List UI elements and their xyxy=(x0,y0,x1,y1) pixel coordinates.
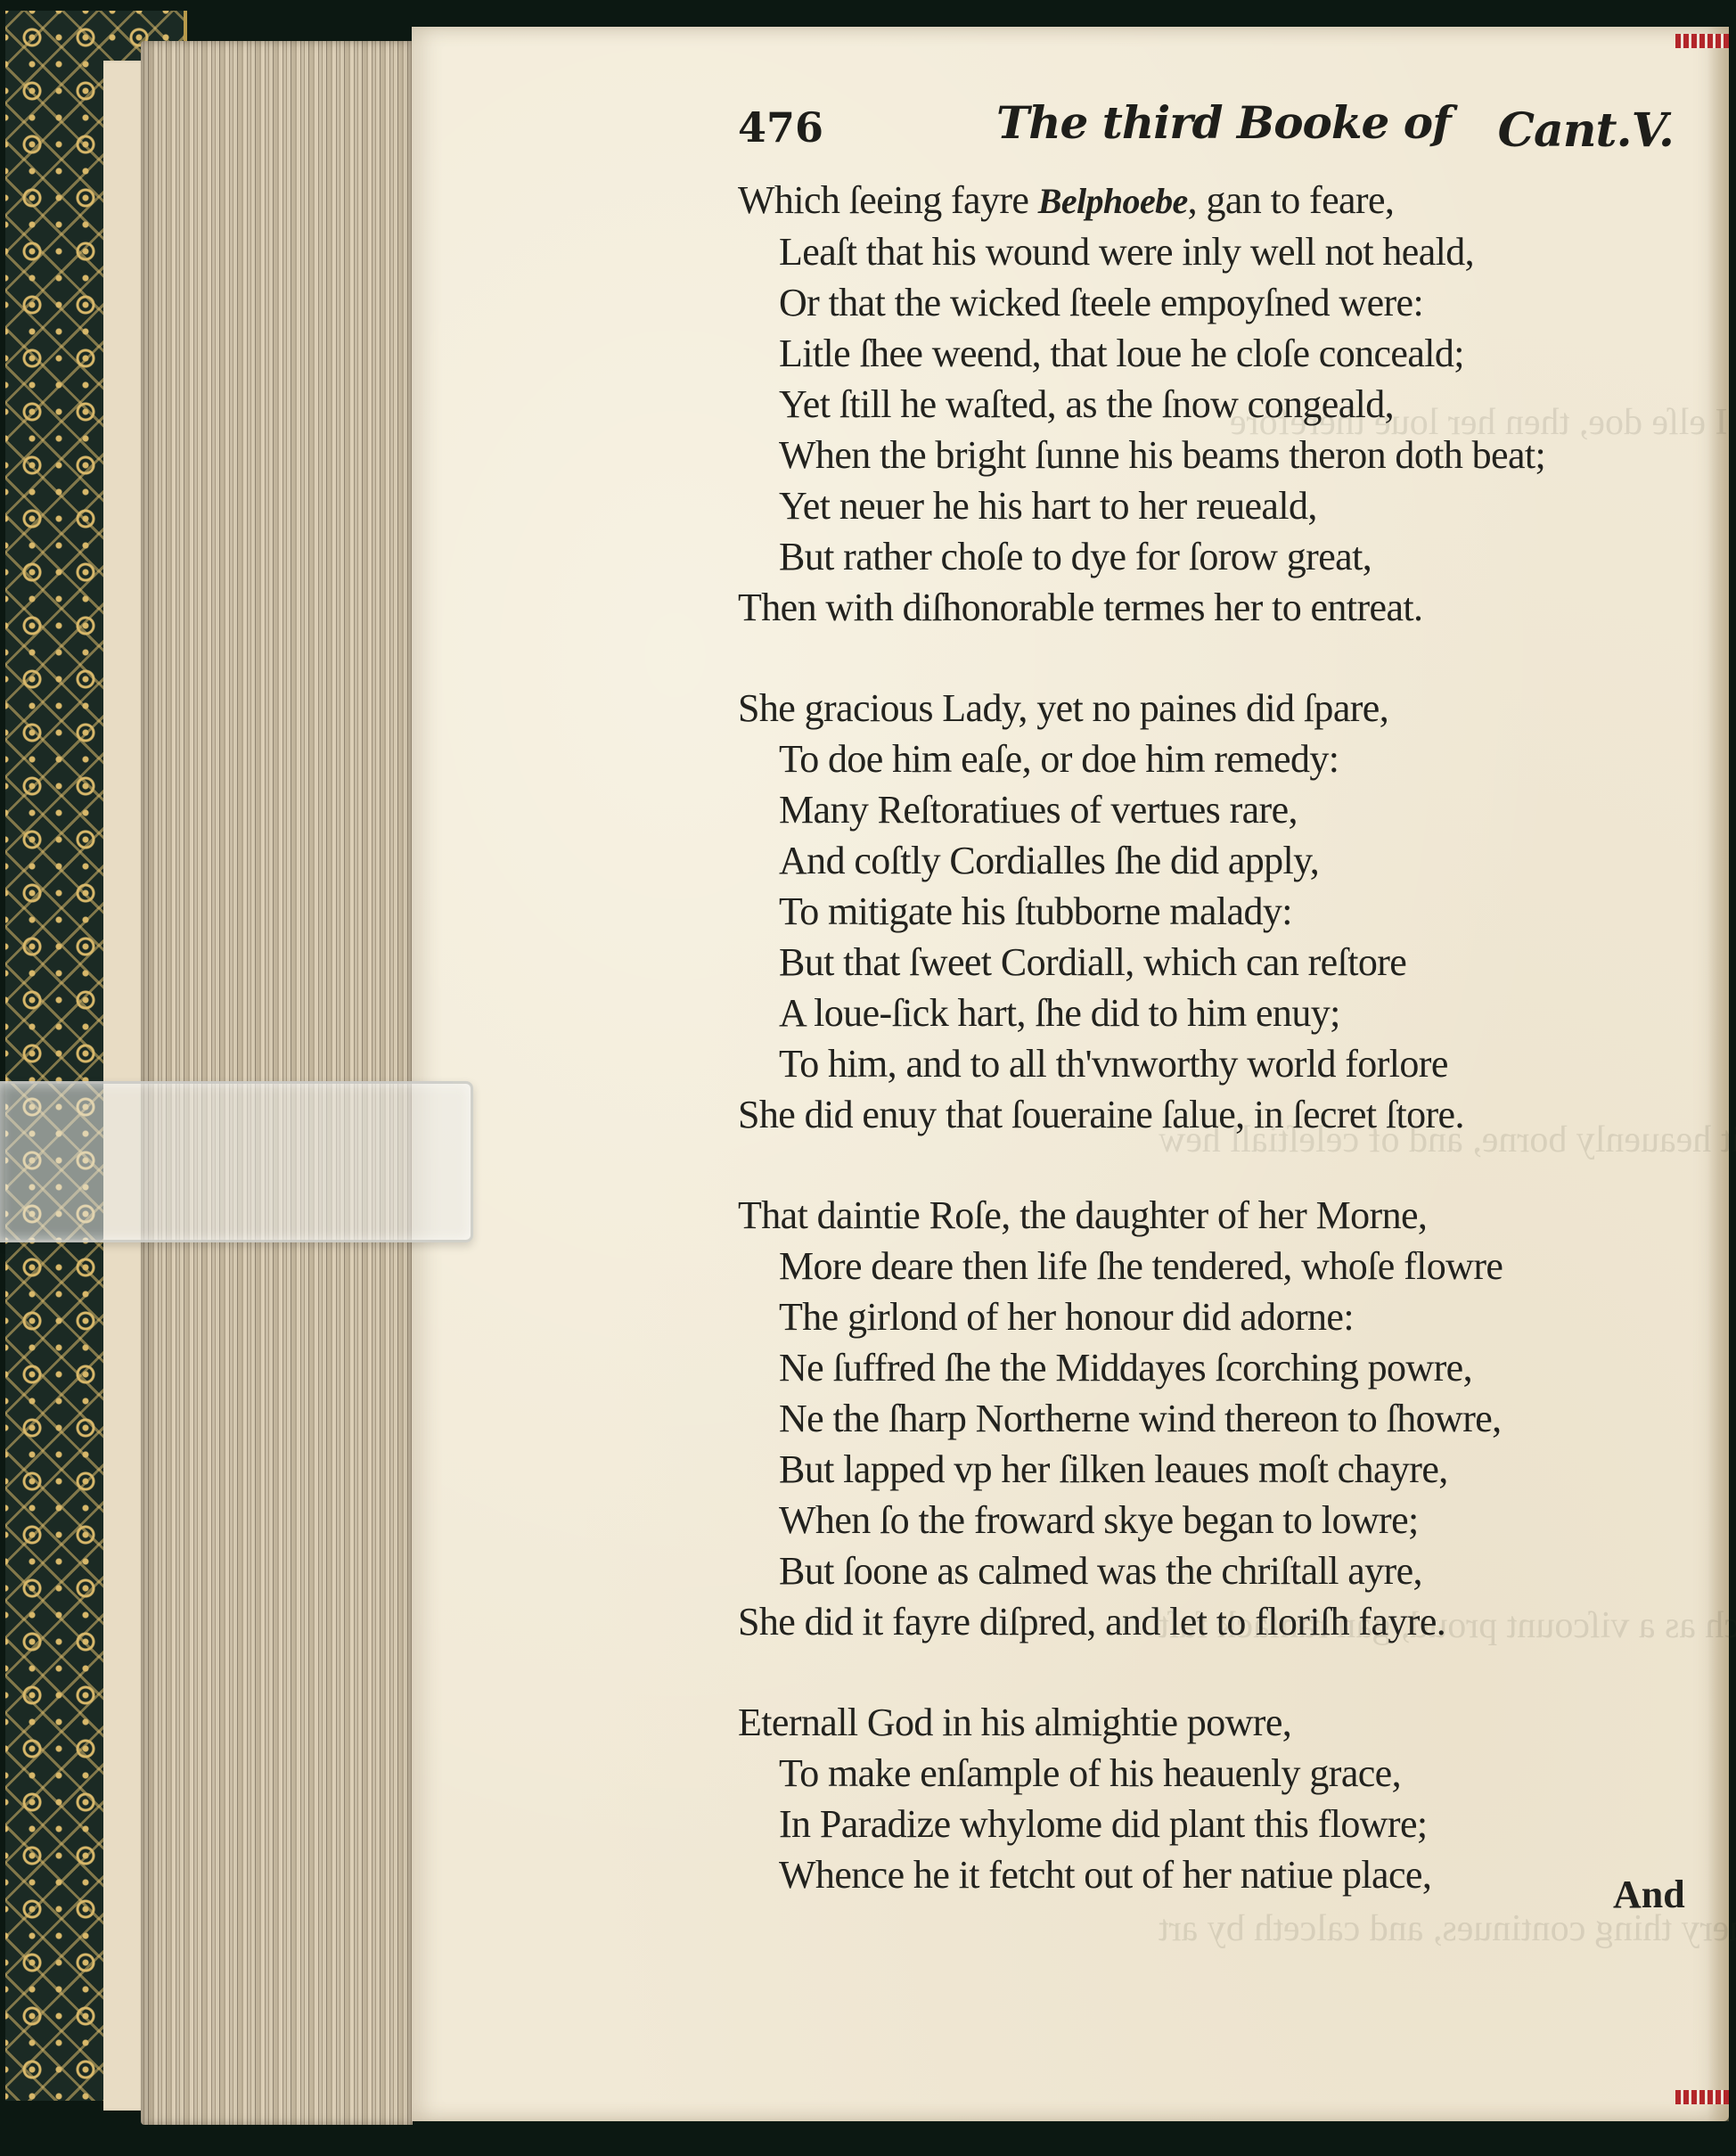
verse-line: She gracious Lady, yet no paines did ſpa… xyxy=(738,683,1683,734)
verse-line: Eternall God in his almightie powre, xyxy=(738,1697,1683,1748)
verse-line: When the bright ſunne his beams theron d… xyxy=(738,430,1683,480)
verse-line: And coſtly Cordialles ſhe did apply, xyxy=(738,835,1683,886)
page-number: 476 xyxy=(738,103,823,152)
acrylic-page-clip xyxy=(0,1081,473,1242)
verse-line: More deare then life ſhe tendered, whoſe… xyxy=(738,1241,1683,1291)
verse-line: Ne ſuffred ſhe the Middayes ſcorching po… xyxy=(738,1342,1683,1393)
verse-line: Yet ſtill he waſted, as the ſnow congeal… xyxy=(738,379,1683,430)
verse-line: She did enuy that ſoueraine ſalue, in ſe… xyxy=(738,1089,1683,1140)
catchword: And xyxy=(1613,1872,1685,1917)
stanza: Eternall God in his almightie powre, To … xyxy=(738,1697,1683,1900)
verse-line: Litle ſhee weend, that loue he cloſe con… xyxy=(738,328,1683,379)
running-title: The third Booke of xyxy=(996,96,1451,149)
verse-line: A loue-ſick hart, ſhe did to him enuy; xyxy=(738,988,1683,1038)
running-head: 476 The third Booke of Cant.V. xyxy=(738,96,1683,168)
page-gutter-shadow xyxy=(1707,27,1729,2121)
verse-line: Many Reſtoratiues of vertues rare, xyxy=(738,784,1683,835)
canto-label: Cant.V. xyxy=(1498,103,1674,158)
verse-line: Or that the wicked ſteele empoyſned were… xyxy=(738,277,1683,328)
verse-line: But that ſweet Cordiall, which can reſto… xyxy=(738,937,1683,988)
verse-line: But lapped vp her ſilken leaues moſt cha… xyxy=(738,1444,1683,1495)
verse-line: Which ſeeing fayre Belphoebe, gan to fea… xyxy=(738,175,1683,226)
verse-line: When ſo the froward skye began to lowre; xyxy=(738,1495,1683,1545)
verse-line: But ſoone as calmed was the chriſtall ay… xyxy=(738,1545,1683,1596)
verse-line: Whence he it fetcht out of her natiue pl… xyxy=(738,1849,1683,1900)
verse-line: To mitigate his ſtubborne malady: xyxy=(738,886,1683,937)
verse-line: She did it fayre diſpred, and let to flo… xyxy=(738,1596,1683,1647)
verse-line: To doe him eaſe, or doe him remedy: xyxy=(738,734,1683,784)
verse-line: To make enſample of his heauenly grace, xyxy=(738,1748,1683,1799)
verse-line: The girlond of her honour did adorne: xyxy=(738,1291,1683,1342)
stanza: She gracious Lady, yet no paines did ſpa… xyxy=(738,683,1683,1140)
stanza: Which ſeeing fayre Belphoebe, gan to fea… xyxy=(738,175,1683,633)
poem-text: Which ſeeing fayre Belphoebe, gan to fea… xyxy=(738,175,1683,1950)
name-belphoebe: Belphoebe xyxy=(1038,181,1188,221)
verse-line: Then with diſhonorable termes her to ent… xyxy=(738,582,1683,633)
verse-line: That daintie Roſe, the daughter of her M… xyxy=(738,1190,1683,1241)
verse-line: Leaſt that his wound were inly well not … xyxy=(738,226,1683,277)
verse-line: In Paradize whylome did plant this flowr… xyxy=(738,1799,1683,1849)
verse-line: To him, and to all th'vnworthy world for… xyxy=(738,1038,1683,1089)
headband-top xyxy=(1675,34,1729,48)
stanza: That daintie Roſe, the daughter of her M… xyxy=(738,1190,1683,1647)
headband-bottom xyxy=(1675,2090,1729,2104)
verse-line: Yet neuer he his hart to her reueald, xyxy=(738,480,1683,531)
verse-line: But rather choſe to dye for ſorow great, xyxy=(738,531,1683,582)
verse-line: Ne the ſharp Northerne wind thereon to ſ… xyxy=(738,1393,1683,1444)
